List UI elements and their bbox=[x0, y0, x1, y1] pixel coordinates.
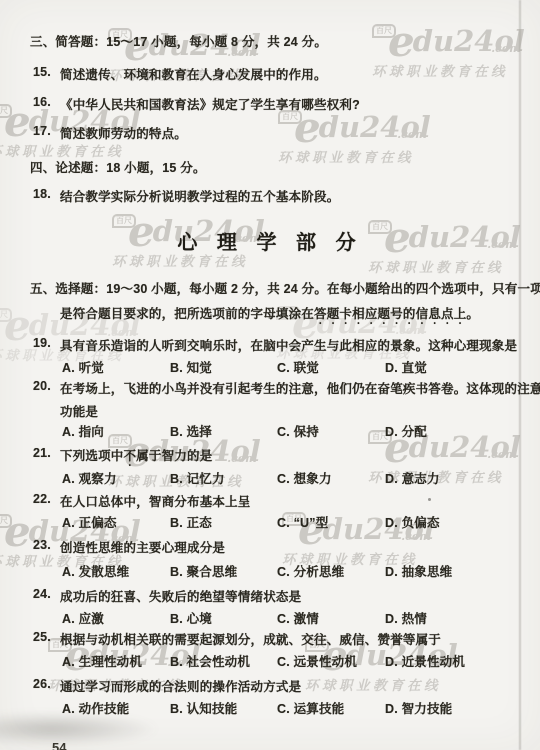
question-number: 22. bbox=[33, 492, 51, 506]
option-d: D. 直觉 bbox=[385, 358, 427, 376]
option-b: B. 选择 bbox=[170, 422, 212, 440]
option-a: A. 应激 bbox=[62, 609, 104, 627]
option-a: A. 发散思维 bbox=[62, 562, 129, 580]
scanned-exam-page: 百尺edu24ol.com 环球职业教育在线 百尺edu24ol.com 环球职… bbox=[0, 0, 540, 750]
edu24ol-logo: 百尺edu24ol.com bbox=[372, 24, 525, 57]
section-header-text: 三、简答题：15～17 小题，每小题 8 分，共 24 分。 bbox=[30, 32, 327, 50]
question-number: 20. bbox=[33, 379, 51, 393]
option-d: D. 分配 bbox=[385, 422, 427, 440]
edu24ol-logo: 百尺edu24ol.com bbox=[278, 110, 431, 143]
option-c: C. 想象力 bbox=[277, 469, 332, 487]
question-number: 25. bbox=[33, 630, 51, 644]
option-d: D. 近景性动机 bbox=[385, 652, 465, 670]
option-d: D. 抽象思维 bbox=[385, 562, 452, 580]
question-text: 结合教学实际分析说明教学过程的五个基本阶段。 bbox=[60, 187, 339, 205]
option-d: D. 智力技能 bbox=[385, 699, 452, 717]
edu24ol-tagline: 环球职业教育在线 bbox=[372, 60, 525, 80]
option-c: C. 激情 bbox=[277, 609, 319, 627]
edu24ol-tagline: 环球职业教育在线 bbox=[278, 146, 431, 166]
edu24ol-e-icon: e bbox=[4, 301, 29, 350]
option-d: D. 负偏态 bbox=[385, 513, 440, 531]
option-a: A. 听觉 bbox=[62, 358, 104, 376]
question-text: 《中华人民共和国教育法》规定了学生享有哪些权利? bbox=[60, 95, 360, 113]
instruction-emphasized: 答题卡相应题号的信息点上 bbox=[314, 307, 466, 321]
edu24ol-watermark: 百尺edu24ol.com 环球职业教育在线 bbox=[278, 110, 431, 166]
question-text-prefix: 下列选项中 bbox=[60, 449, 124, 463]
option-b: B. 知觉 bbox=[170, 358, 212, 376]
option-c: C. 联觉 bbox=[277, 358, 319, 376]
question-text-emphasized: 不 bbox=[124, 449, 137, 463]
option-b: B. 记忆力 bbox=[170, 469, 225, 487]
question-number: 26. bbox=[33, 677, 51, 691]
question-number: 23. bbox=[33, 538, 51, 552]
option-b: B. 正态 bbox=[170, 513, 212, 531]
option-b: B. 聚合思维 bbox=[170, 562, 237, 580]
option-a: A. 生理性动机 bbox=[62, 652, 142, 670]
option-b: B. 心境 bbox=[170, 609, 212, 627]
question-text: 在考场上，飞进的小鸟并没有引起考生的注意，他们仍在奋笔疾书答卷。这体现的注意 bbox=[60, 379, 540, 397]
option-d: D. 意志力 bbox=[385, 469, 440, 487]
edu24ol-e-icon: e bbox=[4, 97, 29, 146]
question-text: 根据与动机相关联的需要起源划分，成就、交往、威信、赞誉等属于 bbox=[60, 630, 441, 648]
option-c: C. “U”型 bbox=[277, 513, 328, 531]
instruction-prefix: 是符合题目要求的，把所选项前的字母填涂在 bbox=[60, 307, 314, 321]
edu24ol-watermark: 百尺edu24ol.com 环球职业教育在线 bbox=[372, 24, 525, 80]
option-c: C. 远景性动机 bbox=[277, 652, 357, 670]
question-number: 19. bbox=[33, 336, 51, 350]
page-title: 心 理 学 部 分 bbox=[0, 226, 540, 255]
option-c: C. 分析思维 bbox=[277, 562, 344, 580]
edu24ol-e-icon: e bbox=[4, 507, 29, 556]
option-c: C. 运算技能 bbox=[277, 699, 344, 717]
option-d: D. 热情 bbox=[385, 609, 427, 627]
question-text: 成功后的狂喜、失败后的绝望等情绪状态是 bbox=[60, 587, 301, 605]
edu24ol-e-icon: e bbox=[388, 17, 413, 66]
edu24ol-tagline: 环球职业教育在线 bbox=[305, 674, 458, 694]
question-text: 简述遗传、环境和教育在人身心发展中的作用。 bbox=[60, 65, 327, 83]
question-text-suffix: 属于智力的是 bbox=[136, 449, 212, 463]
question-number: 18. bbox=[33, 187, 51, 201]
question-text: 在人口总体中，智商分布基本上呈 bbox=[60, 492, 251, 510]
question-number: 17. bbox=[33, 124, 51, 138]
question-number: 24. bbox=[33, 587, 51, 601]
option-a: A. 正偏态 bbox=[62, 513, 117, 531]
instruction-suffix: 。 bbox=[466, 307, 479, 321]
option-a: A. 观察力 bbox=[62, 469, 117, 487]
page-number: 54 bbox=[52, 740, 66, 750]
question-number: 15. bbox=[33, 65, 51, 79]
question-text: 简述教师劳动的特点。 bbox=[60, 124, 187, 142]
scan-speck bbox=[428, 498, 431, 501]
option-c: C. 保持 bbox=[277, 422, 319, 440]
question-text: 通过学习而形成的合法则的操作活动方式是 bbox=[60, 677, 301, 695]
option-a: A. 动作技能 bbox=[62, 699, 129, 717]
section-header-text: 五、选择题：19～30 小题，每小题 2 分，共 24 分。在每小题给出的四个选… bbox=[30, 279, 540, 297]
question-number: 21. bbox=[33, 446, 51, 460]
question-text: 具有音乐造诣的人听到交响乐时，在脑中会产生与此相应的景象。这种心理现象是 bbox=[60, 336, 517, 354]
section-header-text: 四、论述题：18 小题，15 分。 bbox=[30, 158, 206, 176]
question-text: 创造性思维的主要心理成分是 bbox=[60, 538, 225, 556]
edu24ol-tagline: 环球职业教育在线 bbox=[0, 140, 141, 160]
option-a: A. 指向 bbox=[62, 422, 104, 440]
question-text-continued: 功能是 bbox=[60, 402, 98, 420]
scan-fold-line bbox=[519, 0, 521, 750]
option-b: B. 认知技能 bbox=[170, 699, 237, 717]
section-header-text: 是符合题目要求的，把所选项前的字母填涂在答题卡相应题号的信息点上。 bbox=[60, 304, 479, 327]
option-b: B. 社会性动机 bbox=[170, 652, 250, 670]
question-text: 下列选项中不属于智力的是 bbox=[60, 446, 212, 469]
question-number: 16. bbox=[33, 95, 51, 109]
scan-smudge bbox=[0, 712, 160, 746]
edu24ol-tagline: 环球职业教育在线 bbox=[368, 256, 521, 276]
